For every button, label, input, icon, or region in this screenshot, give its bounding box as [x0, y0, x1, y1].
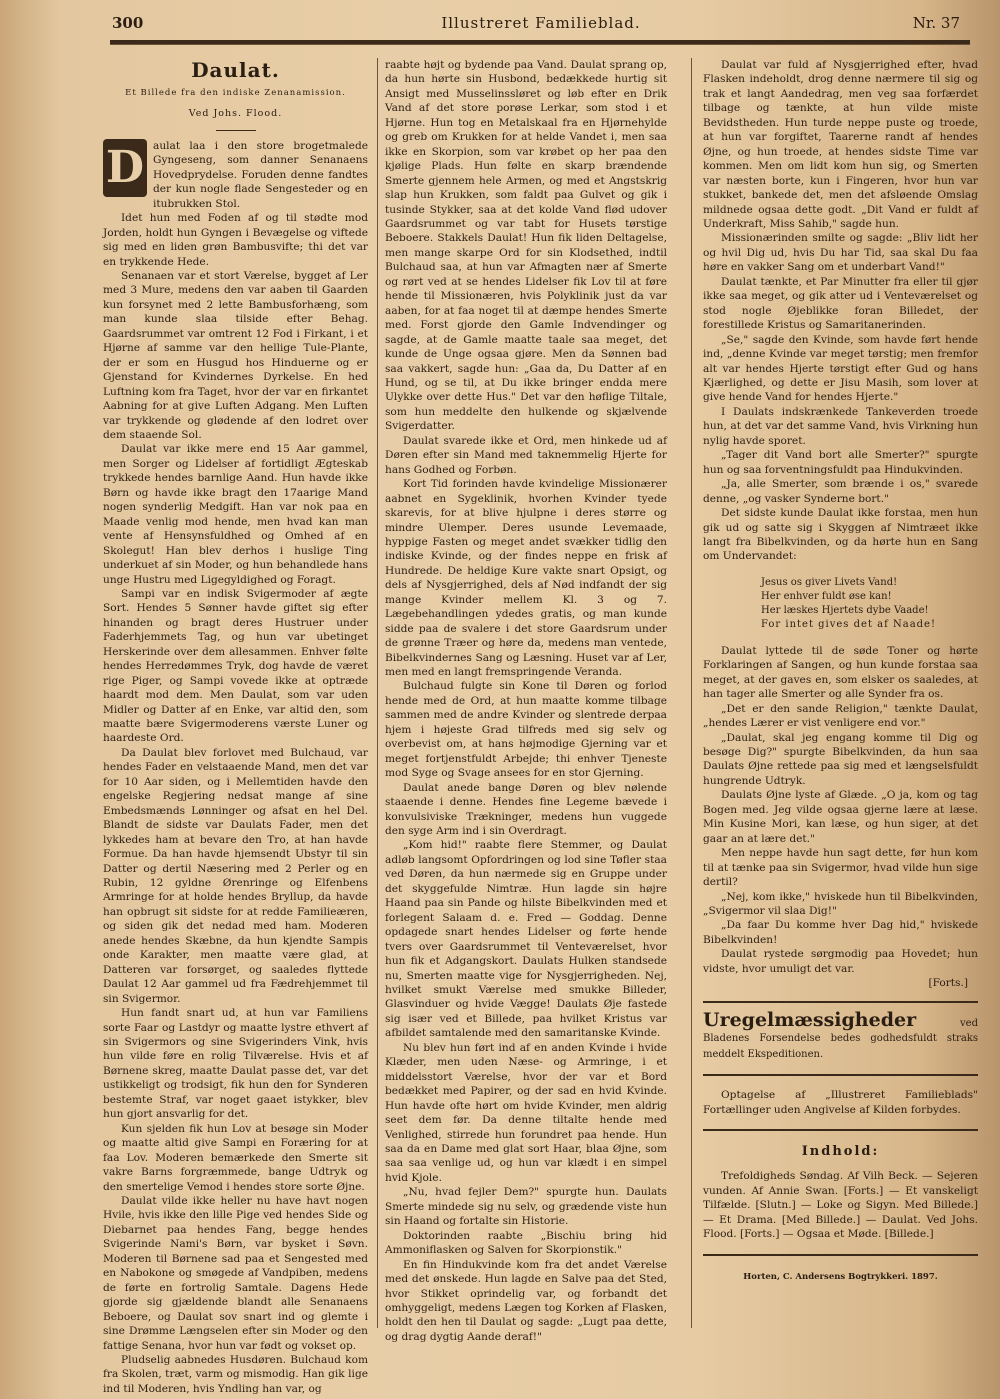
paragraph: „Tager dit Vand bort alle Smerter?" spur…	[703, 448, 978, 477]
paragraph: Daulat var fuld af Nysgjerrighed efter, …	[703, 58, 978, 231]
column-divider	[377, 58, 378, 1328]
paragraph: Daulat lyttede til de søde Toner og hørt…	[703, 644, 978, 702]
paragraph: Pludselig aabnedes Husdøren. Bulchaud ko…	[103, 1353, 368, 1396]
paragraph: Daulat var ikke mere end 15 Aar gammel, …	[103, 442, 368, 587]
paragraph: Kun sjelden fik hun Lov at besøge sin Mo…	[103, 1122, 368, 1194]
paragraph: Bulchaud fulgte sin Kone til Døren og fo…	[385, 679, 667, 780]
paragraph: Kort Tid forinden havde kvindelige Missi…	[385, 477, 667, 679]
issue-number: Nr. 37	[913, 14, 960, 32]
paragraph: „Nej, kom ikke," hviskede hun til Bibelk…	[703, 890, 978, 919]
paragraph: Senanaen var et stort Værelse, bygget af…	[103, 269, 368, 442]
divider	[703, 1074, 978, 1076]
column-1: Daulat. Et Billede fra den indiske Zenan…	[103, 58, 368, 1396]
paragraph: „Da faar Du komme hver Dag hid," hvisked…	[703, 918, 978, 947]
paragraph: Daulats Øjne lyste af Glæde. „O ja, kom …	[703, 788, 978, 846]
paragraph: En fin Hindukvinde kom fra det andet Vær…	[385, 1258, 667, 1345]
column-divider	[691, 58, 692, 1328]
column-3: Daulat var fuld af Nysgjerrighed efter, …	[703, 58, 978, 1284]
title-divider	[216, 130, 256, 131]
continued-marker: [Forts.]	[703, 976, 968, 990]
paragraph: Idet hun med Foden af og til stødte mod …	[103, 211, 368, 269]
paragraph: Daulat anede bange Døren og blev nølende…	[385, 781, 667, 839]
paragraph: Daulat rystede sørgmodig paa Hovedet; hu…	[703, 947, 978, 976]
contents-list: Trefoldigheds Søndag. Af Vilh Beck. — Se…	[703, 1169, 978, 1241]
masthead: Illustreret Familieblad.	[112, 14, 970, 32]
paragraph: „Nu, hvad fejler Dem?" spurgte hun. Daul…	[385, 1185, 667, 1228]
column-2: raabte højt og bydende paa Vand. Daulat …	[385, 58, 667, 1344]
drop-cap: D	[103, 139, 147, 197]
paragraph: „Kom hid!" raabte flere Stemmer, og Daul…	[385, 838, 667, 1040]
paragraph: Daulat tænkte, et Par Minutter fra eller…	[703, 275, 978, 333]
paragraph: Nu blev hun ført ind af en anden Kvinde …	[385, 1041, 667, 1186]
divider	[703, 1254, 978, 1256]
paragraph: „Daulat, skal jeg engang komme til Dig o…	[703, 731, 978, 789]
article-title: Daulat.	[103, 58, 368, 82]
paragraph: I Daulats indskrænkede Tankeverden troed…	[703, 405, 978, 448]
irregularities-notice: Uregelmæssigheder ved Bladenes Forsendel…	[703, 1001, 978, 1062]
paragraph: raabte højt og bydende paa Vand. Daulat …	[385, 58, 667, 434]
copyright-notice: Optagelse af „Illustreret Familieblads" …	[703, 1088, 978, 1117]
paragraph: Daulat vilde ikke heller nu have havt no…	[103, 1194, 368, 1353]
verse-line: Her læskes Hjertets dybe Vaade!	[761, 604, 978, 618]
paragraph: „Det er den sande Religion," tænkte Daul…	[703, 702, 978, 731]
verse-line: Jesus os giver Livets Vand!	[761, 576, 978, 590]
printer-imprint: Horten, C. Andersens Bogtrykkeri. 1897.	[703, 1270, 978, 1284]
hymn-verse: Jesus os giver Livets Vand! Her enhver f…	[761, 576, 978, 632]
paragraph: Men neppe havde hun sagt dette, før hun …	[703, 846, 978, 889]
paragraph: „Ja, alle Smerter, som brænde i os," sva…	[703, 477, 978, 506]
paragraph: Da Daulat blev forlovet med Bulchaud, va…	[103, 746, 368, 1006]
divider	[703, 1129, 978, 1131]
newspaper-page: 300 Illustreret Familieblad. Nr. 37 Daul…	[0, 0, 1000, 1399]
paragraph: Sampi var en indisk Svigermoder af ægte …	[103, 587, 368, 746]
verse-line: Her enhver fuldt øse kan!	[761, 590, 978, 604]
paragraph: Doktorinden raabte „Bischiu bring hid Am…	[385, 1229, 667, 1258]
page-header: 300 Illustreret Familieblad. Nr. 37	[112, 12, 970, 38]
paragraph: Hun fandt snart ud, at hun var Familiens…	[103, 1006, 368, 1122]
article-subtitle: Et Billede fra den indiske Zenanamission…	[103, 86, 368, 100]
contents-title: Indhold:	[703, 1145, 978, 1159]
article-byline: Ved Johs. Flood.	[103, 107, 368, 121]
verse-line: For intet gives det af Naade!	[761, 618, 978, 632]
paragraph: Daulat svarede ikke et Ord, men hinkede …	[385, 434, 667, 477]
paragraph: Det sidste kunde Daulat ikke forstaa, me…	[703, 506, 978, 564]
paragraph: Missionærinden smilte og sagde: „Bliv li…	[703, 231, 978, 274]
notice-heading: Uregelmæssigheder	[703, 1009, 916, 1031]
header-rule	[110, 40, 970, 45]
paragraph: „Se," sagde den Kvinde, som havde ført h…	[703, 333, 978, 405]
